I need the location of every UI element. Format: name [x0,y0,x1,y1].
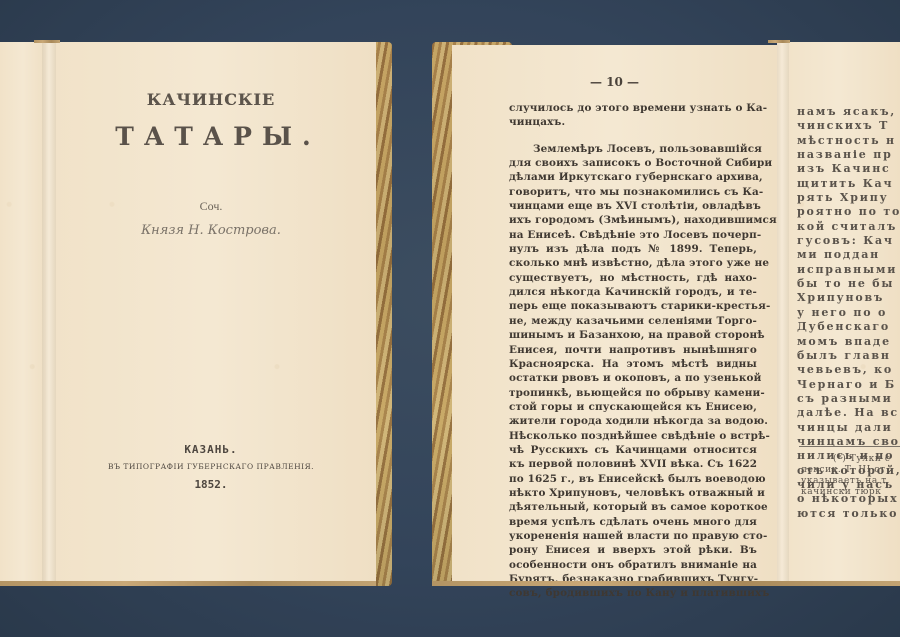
text-line: чевьевъ, ко [797,363,900,377]
text-line: дѣятельный, который въ самое короткое [509,500,757,514]
text-line: нѣкто Хрипуновъ, человѣкъ отважный и [509,486,757,500]
text-line: далѣе. На вс [797,406,900,420]
text-line: чинцамъ сво [797,435,900,449]
left-book: КАЧИНСКІЕ ТАТАРЫ. Соч. Князя Н. Кострова… [0,0,395,637]
footnote-rule [799,446,900,447]
text-line: изъ Качинс [797,162,900,176]
text-line: Хрипуновъ [797,291,900,305]
text-line: намъ ясакъ, [797,105,900,119]
text-line: сколько мнѣ извѣстно, дѣла этого уже не [509,256,757,270]
text-line: чинцами еще въ XVI столѣтіи, овладѣвъ [509,199,757,213]
text-line: ми поддан [797,248,900,262]
text-line: особенности онъ обратилъ вниманіе на [509,558,757,572]
text-line: чинскихъ Т [797,119,900,133]
text-line: стой горы и спускающейся къ Енисею, [509,400,757,414]
text-line: время успѣлъ сдѣлать очень много для [509,515,757,529]
text-line: ихъ городомъ (Змѣинымъ), находившимся [509,213,757,227]
title-line-1: КАЧИНСКІЕ [46,90,376,109]
footnote: (*) Тулки с лексик. Т. III ст указываетъ… [801,454,891,498]
title-line-2: ТАТАРЫ. [46,122,376,151]
text-line: съ разными [797,392,900,406]
author-name: Князя Н. Кострова. [46,223,376,238]
text-line: у него по о [797,306,900,320]
text-line: чинцы дали [797,421,900,435]
text-line: Красноярска. На этомъ мѣстѣ видны [509,357,757,371]
text-line: Дубенскаго [797,320,900,334]
right-book-bottom-edge [432,581,900,586]
text-line: шинымъ и Базанхою, на правой сторонѣ [509,328,757,342]
text-line: по 1625 г., въ Енисейскѣ былъ воеводою [509,472,757,486]
page-number: — 10 — [452,75,777,89]
text-line: Нѣсколько позднѣйшее свѣдѣніе о встрѣ- [509,429,757,443]
text-line: рять Хрипу [797,191,900,205]
text-line: щитить Кач [797,177,900,191]
footnote-line: качински тюрк [801,487,891,498]
text-line: къ первой половинѣ XVII вѣка. Съ 1622 [509,457,757,471]
imprint-city: КАЗАНЬ. [46,443,376,456]
text-line: тропинкѣ, вьющейся по обрыву камени- [509,386,757,400]
left-book-verso-page [0,42,46,583]
text-line: дился нѣкогда Качинскій городъ, и те- [509,285,757,299]
text-line: на Енисеѣ. Свѣдѣніе это Лосевъ почерп- [509,228,757,242]
text-line: Чернаго и Б [797,378,900,392]
text-line: остатки рвовъ и окоповъ, а по узенькой [509,371,757,385]
text-line: дѣлами Иркутскаго губернскаго архива, [509,170,757,184]
left-book-top-edge [34,40,60,43]
text-line: названіе пр [797,148,900,162]
text-line: совъ, бродившихъ по Кану и платившихъ [509,586,757,600]
text-line: не, между казачьими селеніями Торго- [509,314,757,328]
text-line: былъ главн [797,349,900,363]
by-label: Соч. [46,199,376,214]
text-line: жители города ходили нѣкогда за водою. [509,414,757,428]
text-line: чинцахъ. [509,115,757,129]
text-line: существуетъ, но мѣстность, гдѣ нахо- [509,271,757,285]
text-line: мѣстность н [797,134,900,148]
gutter-shadow [777,42,789,583]
page-body-text: случилось до этого времени узнать о Ка- … [509,101,757,601]
footnote-line: лексик. Т. III ст [801,465,891,476]
text-line: бы то не бы [797,277,900,291]
text-line: для своихъ записокъ о Восточной Сибири [509,156,757,170]
imprint-printer: ВЪ ТИПОГРАФІИ ГУБЕРНСКАГО ПРАВЛЕНІЯ. [46,462,376,471]
text-line: чѣ Русскихъ съ Качинцами относится [509,443,757,457]
text-line: ются только [797,507,900,521]
text-line: кой считалъ [797,220,900,234]
footnote-line: указываетъ на т [801,476,891,487]
text-line: исправными [797,263,900,277]
right-book: — 10 — случилось до этого времени узнать… [430,0,900,637]
text-line: случилось до этого времени узнать о Ка- [509,101,757,115]
facing-page: намъ ясакъ, чинскихъ Т мѣстность н назва… [777,42,900,583]
title-page: КАЧИНСКІЕ ТАТАРЫ. Соч. Князя Н. Кострова… [46,42,376,583]
text-line: укорененія нашей власти по правую сто- [509,529,757,543]
right-book-top-edge [768,40,790,43]
text-line: говоритъ, что мы познакомились съ Ка- [509,185,757,199]
text-line: перь еще показываютъ старики-крестья- [509,299,757,313]
text-line: нулъ изъ дѣла подъ № 1899. Теперь, [509,242,757,256]
text-line: роятно по то [797,205,900,219]
text-line: Землемѣръ Лосевъ, пользовавшійся [509,142,757,156]
footnote-line: (*) Тулки с [801,454,891,465]
text-line: Енисея, почти напротивъ нынѣшняго [509,343,757,357]
text-line: гусовъ: Кач [797,234,900,248]
text-page: — 10 — случилось до этого времени узнать… [452,45,777,583]
text-line: момъ впаде [797,335,900,349]
text-line: рону Енисея и вверхъ этой рѣки. Въ [509,543,757,557]
left-book-bottom-edge [0,581,376,586]
imprint-year: 1852. [46,478,376,491]
